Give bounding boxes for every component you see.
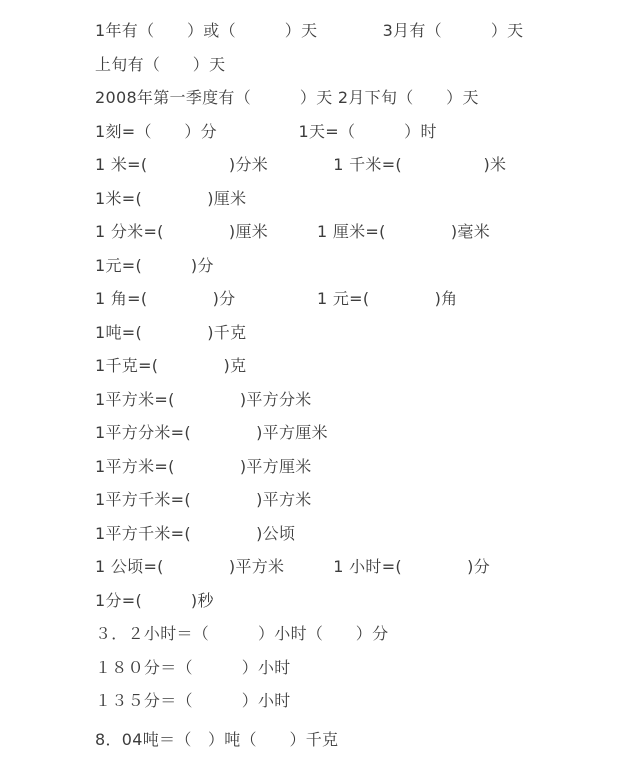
worksheet-line: ３．２小时＝（ ）小时（ ）分 (95, 617, 610, 651)
worksheet-line: 1吨=( )千克 (95, 316, 610, 350)
worksheet-page: 1年有（ ）或（ ）天 3月有（ ）天 上旬有（ ）天 2008年第一季度有（ … (0, 0, 640, 776)
worksheet-line: 1平方千米=( )平方米 (95, 483, 610, 517)
worksheet-line: 1平方米=( )平方厘米 (95, 450, 610, 484)
worksheet-line: 上旬有（ ）天 (95, 48, 610, 82)
worksheet-line: 1平方米=( )平方分米 (95, 383, 610, 417)
worksheet-line: １８０分＝（ ）小时 (95, 651, 610, 685)
worksheet-line: １３５分＝（ ）小时 (95, 684, 610, 718)
worksheet-line: 1 公顷=( )平方米 1 小时=( )分 (95, 550, 610, 584)
worksheet-line: 1元=( )分 (95, 249, 610, 283)
worksheet-line: 1 分米=( )厘米 1 厘米=( )毫米 (95, 215, 610, 249)
worksheet-line: 1 角=( )分 1 元=( )角 (95, 282, 610, 316)
worksheet-line: 8．04吨＝（ ）吨（ ）千克 (95, 723, 610, 757)
worksheet-line: 1年有（ ）或（ ）天 3月有（ ）天 (95, 14, 610, 48)
worksheet-line: 1 米=( )分米 1 千米=( )米 (95, 148, 610, 182)
worksheet-line: 1分=( )秒 (95, 584, 610, 618)
worksheet-line: 1千克=( )克 (95, 349, 610, 383)
worksheet-line: 2008年第一季度有（ ）天 2月下旬（ ）天 (95, 81, 610, 115)
worksheet-line: 1平方分米=( )平方厘米 (95, 416, 610, 450)
worksheet-line: 1刻=（ ）分 1天=（ ）时 (95, 115, 610, 149)
worksheet-line: 1米=( )厘米 (95, 182, 610, 216)
worksheet-line: 1平方千米=( )公顷 (95, 517, 610, 551)
